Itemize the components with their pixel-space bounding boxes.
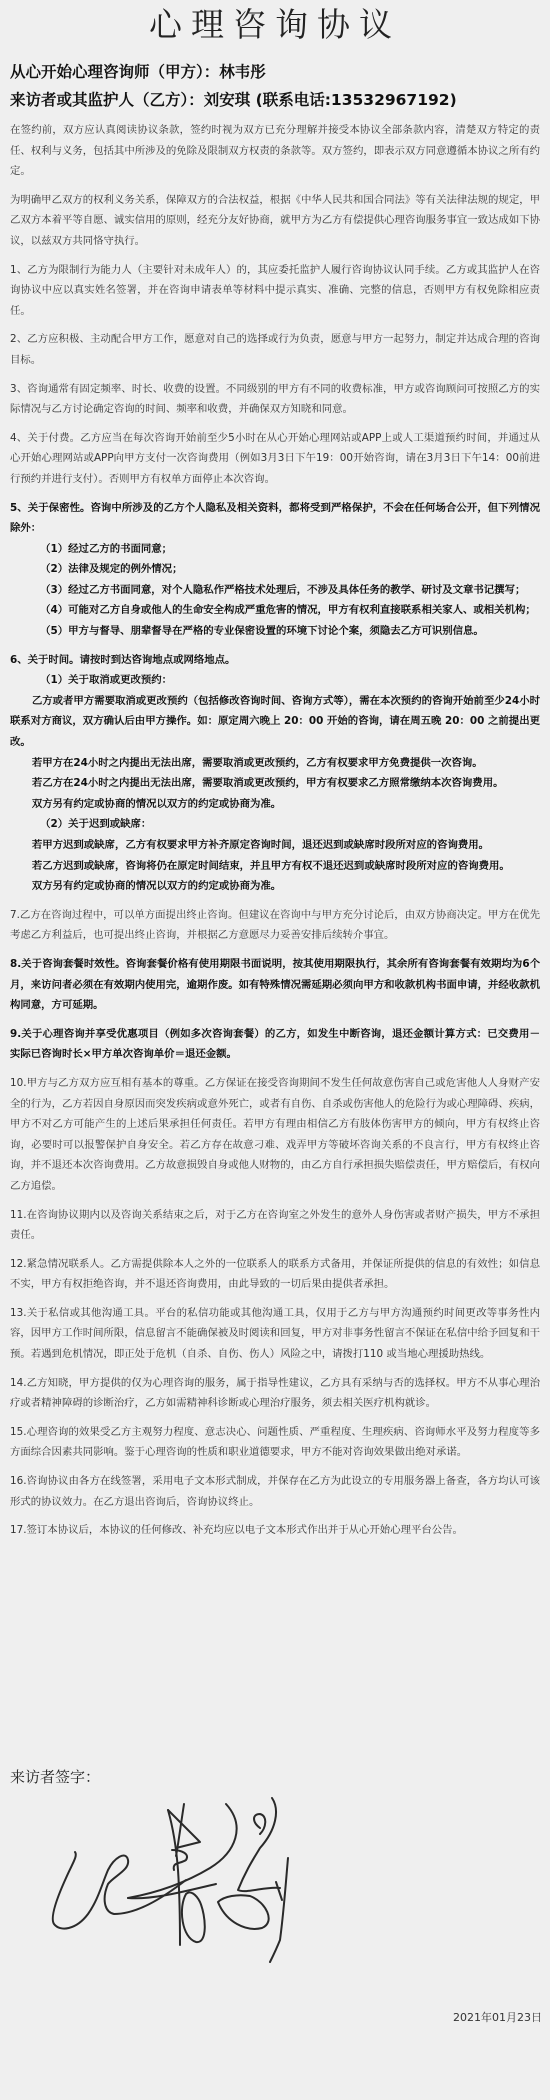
clause-10: 10.甲方与乙方双方应互相有基本的尊重。乙方保证在接受咨询期间不发生任何故意伤害… (10, 1073, 540, 1197)
clause-4: 4、关于付费。乙方应当在每次咨询开始前至少5小时在从心开始心理网站或APP上或人… (10, 428, 540, 490)
signature-label: 来访者签字： (10, 1766, 100, 1787)
clause-6-sub1-line: 若乙方在24小时之内提出无法出席，需要取消或更改预约，甲方有权要求乙方照常缴纳本… (10, 773, 540, 794)
clause-6-head: 6、关于时间。请按时到达咨询地点或网络地点。 (10, 650, 540, 671)
clause-6-sub1-line: 双方另有约定或协商的情况以双方的约定或协商为准。 (10, 794, 540, 815)
signing-date: 2021年01月23日 (453, 2009, 542, 2025)
clause-5-item: （4）可能对乙方自身或他人的生命安全构成严重危害的情况，甲方有权利直接联系相关家… (10, 600, 540, 621)
clause-6-sub2-line: 若甲方迟到或缺席，乙方有权要求甲方补齐原定咨询时间，退还迟到或缺席时段所对应的咨… (10, 835, 540, 856)
clause-5-item: （1）经过乙方的书面同意； (10, 539, 540, 560)
clause-8: 8.关于咨询套餐时效性。咨询套餐价格有使用期限书面说明，按其使用期限执行，其余所… (10, 954, 540, 1016)
clause-6-sub2-line: 双方另有约定或协商的情况以双方的约定或协商为准。 (10, 876, 540, 897)
clause-5-item: （5）甲方与督导、朋辈督导在严格的专业保密设置的环境下讨论个案，须隐去乙方可识别… (10, 621, 540, 642)
page-title: 心理咨询协议 (0, 0, 550, 47)
clause-11: 11.在咨询协议期内以及咨询关系结束之后，对于乙方在咨询室之外发生的意外人身伤害… (10, 1205, 540, 1246)
clause-14: 14.乙方知晓，甲方提供的仅为心理咨询的服务，属于指导性建议，乙方具有采纳与否的… (10, 1373, 540, 1414)
clause-9: 9.关于心理咨询并享受优惠项目（例如多次咨询套餐）的乙方，如发生中断咨询，退还金… (10, 1024, 540, 1065)
clause-6-sub1-title: （1）关于取消或更改预约： (10, 670, 540, 691)
party-b-client: 来访者或其监护人（乙方）：刘安琪 (联系电话:13532967192) (10, 89, 550, 111)
clause-16: 16.咨询协议由各方在线签署，采用电子文本形式制成，并保存在乙方为此设立的专用服… (10, 1471, 540, 1512)
agreement-page: 心理咨询协议 从心开始心理咨询师（甲方）：林韦彤 来访者或其监护人（乙方）：刘安… (0, 0, 550, 2100)
clause-5-head: 5、关于保密性。咨询中所涉及的乙方个人隐私及相关资料，都将受到严格保护，不会在任… (10, 498, 540, 539)
clause-6-sub1-line: 若甲方在24小时之内提出无法出席，需要取消或更改预约，乙方有权要求甲方免费提供一… (10, 753, 540, 774)
clause-7: 7.乙方在咨询过程中，可以单方面提出终止咨询。但建议在咨询中与甲方充分讨论后，由… (10, 905, 540, 946)
clause-13: 13.关于私信或其他沟通工具。平台的私信功能或其他沟通工具，仅用于乙方与甲方沟通… (10, 1303, 540, 1365)
intro-paragraph: 为明确甲乙双方的权利义务关系，保障双方的合法权益，根据《中华人民共和国合同法》等… (10, 190, 540, 252)
clause-5-item: （2）法律及规定的例外情况； (10, 559, 540, 580)
clause-12: 12.紧急情况联系人。乙方需提供除本人之外的一位联系人的联系方式备用，并保证所提… (10, 1254, 540, 1295)
clause-3: 3、咨询通常有固定频率、时长、收费的设置。不同级别的甲方有不同的收费标准，甲方或… (10, 379, 540, 420)
clause-6-sub2-line: 若乙方迟到或缺席，咨询将仍在原定时间结束，并且甲方有权不退还迟到或缺席时段所对应… (10, 856, 540, 877)
clause-6-time: 6、关于时间。请按时到达咨询地点或网络地点。 （1）关于取消或更改预约： 乙方或… (10, 650, 540, 897)
party-a-counselor: 从心开始心理咨询师（甲方）：林韦彤 (10, 61, 550, 83)
clause-15: 15.心理咨询的效果受乙方主观努力程度、意志决心、问题性质、严重程度、生理疾病、… (10, 1422, 540, 1463)
handwritten-signature (40, 1790, 300, 1970)
clause-6-sub2-title: （2）关于迟到或缺席： (10, 814, 540, 835)
clause-2: 2、乙方应积极、主动配合甲方工作，愿意对自己的选择或行为负责，愿意与甲方一起努力… (10, 329, 540, 370)
agreement-body: 在签约前，双方应认真阅读协议条款，签约时视为双方已充分理解并接受本协议全部条款内… (0, 120, 550, 1541)
clause-1: 1、乙方为限制行为能力人（主要针对未成年人）的，其应委托监护人履行咨询协议认同手… (10, 260, 540, 322)
clause-6-sub1-line: 乙方或者甲方需要取消或更改预约（包括修改咨询时间、咨询方式等），需在本次预约的咨… (10, 691, 540, 753)
clause-5-confidentiality: 5、关于保密性。咨询中所涉及的乙方个人隐私及相关资料，都将受到严格保护，不会在任… (10, 498, 540, 642)
clause-5-item: （3）经过乙方书面同意，对个人隐私作严格技术处理后，不涉及具体任务的教学、研讨及… (10, 580, 540, 601)
clause-17: 17.签订本协议后，本协议的任何修改、补充均应以电子文本形式作出并于从心开始心理… (10, 1520, 540, 1541)
intro-paragraph: 在签约前，双方应认真阅读协议条款，签约时视为双方已充分理解并接受本协议全部条款内… (10, 120, 540, 182)
